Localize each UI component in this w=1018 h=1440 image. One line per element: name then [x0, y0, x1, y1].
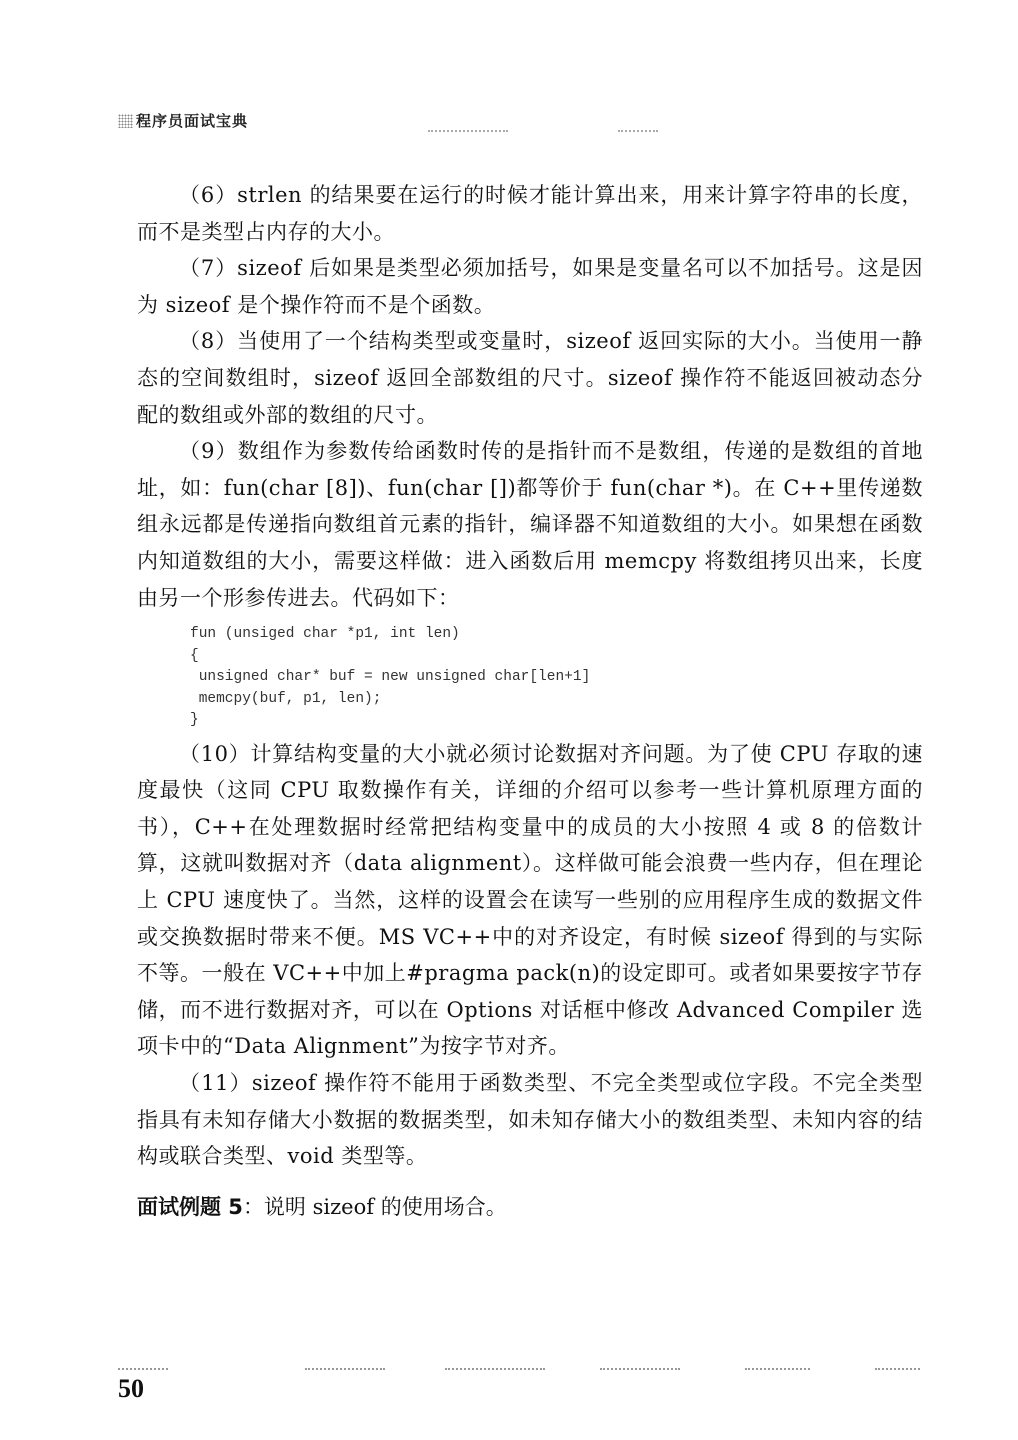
paragraph-8: （8）当使用了一个结构类型或变量时，sizeof 返回实际的大小。当使用一静态的…: [137, 323, 923, 433]
footer-divider: [745, 1368, 810, 1372]
paragraph-7: （7）sizeof 后如果是类型必须加括号，如果是变量名可以不加括号。这是因为 …: [137, 250, 923, 323]
code-line: fun (unsiged char *p1, int len): [190, 624, 923, 646]
footer-divider: [600, 1368, 680, 1372]
paragraph-10: （10）计算结构变量的大小就必须讨论数据对齐问题。为了使 CPU 存取的速度最快…: [137, 736, 923, 1065]
code-line: }: [190, 710, 923, 732]
header-divider: [618, 130, 658, 134]
page-number: 50: [118, 1374, 144, 1404]
book-title: 程序员面试宝典: [136, 112, 248, 130]
running-header: 程序员面试宝典: [118, 110, 248, 131]
interview-question: 面试例题 5：说明 sizeof 的使用场合。: [137, 1189, 923, 1225]
footer-divider: [305, 1368, 385, 1372]
paragraph-11: （11）sizeof 操作符不能用于函数类型、不完全类型或位字段。不完全类型指具…: [137, 1065, 923, 1175]
question-text: ：说明 sizeof 的使用场合。: [243, 1195, 507, 1219]
code-line: memcpy(buf, p1, len);: [190, 689, 923, 711]
paragraph-9: （9）数组作为参数传给函数时传的是指针而不是数组，传递的是数组的首地址，如：fu…: [137, 433, 923, 616]
footer-divider: [118, 1368, 168, 1372]
question-label: 面试例题 5: [137, 1195, 243, 1219]
header-ornament-icon: [118, 114, 133, 128]
footer-divider: [875, 1368, 920, 1372]
code-block: fun (unsiged char *p1, int len){ unsigne…: [190, 624, 923, 732]
code-line: {: [190, 646, 923, 668]
footer-divider: [445, 1368, 545, 1372]
page-body: （6）strlen 的结果要在运行的时候才能计算出来，用来计算字符串的长度，而不…: [137, 177, 923, 1225]
paragraph-6: （6）strlen 的结果要在运行的时候才能计算出来，用来计算字符串的长度，而不…: [137, 177, 923, 250]
header-divider: [428, 130, 508, 134]
code-line: unsigned char* buf = new unsigned char[l…: [190, 667, 923, 689]
